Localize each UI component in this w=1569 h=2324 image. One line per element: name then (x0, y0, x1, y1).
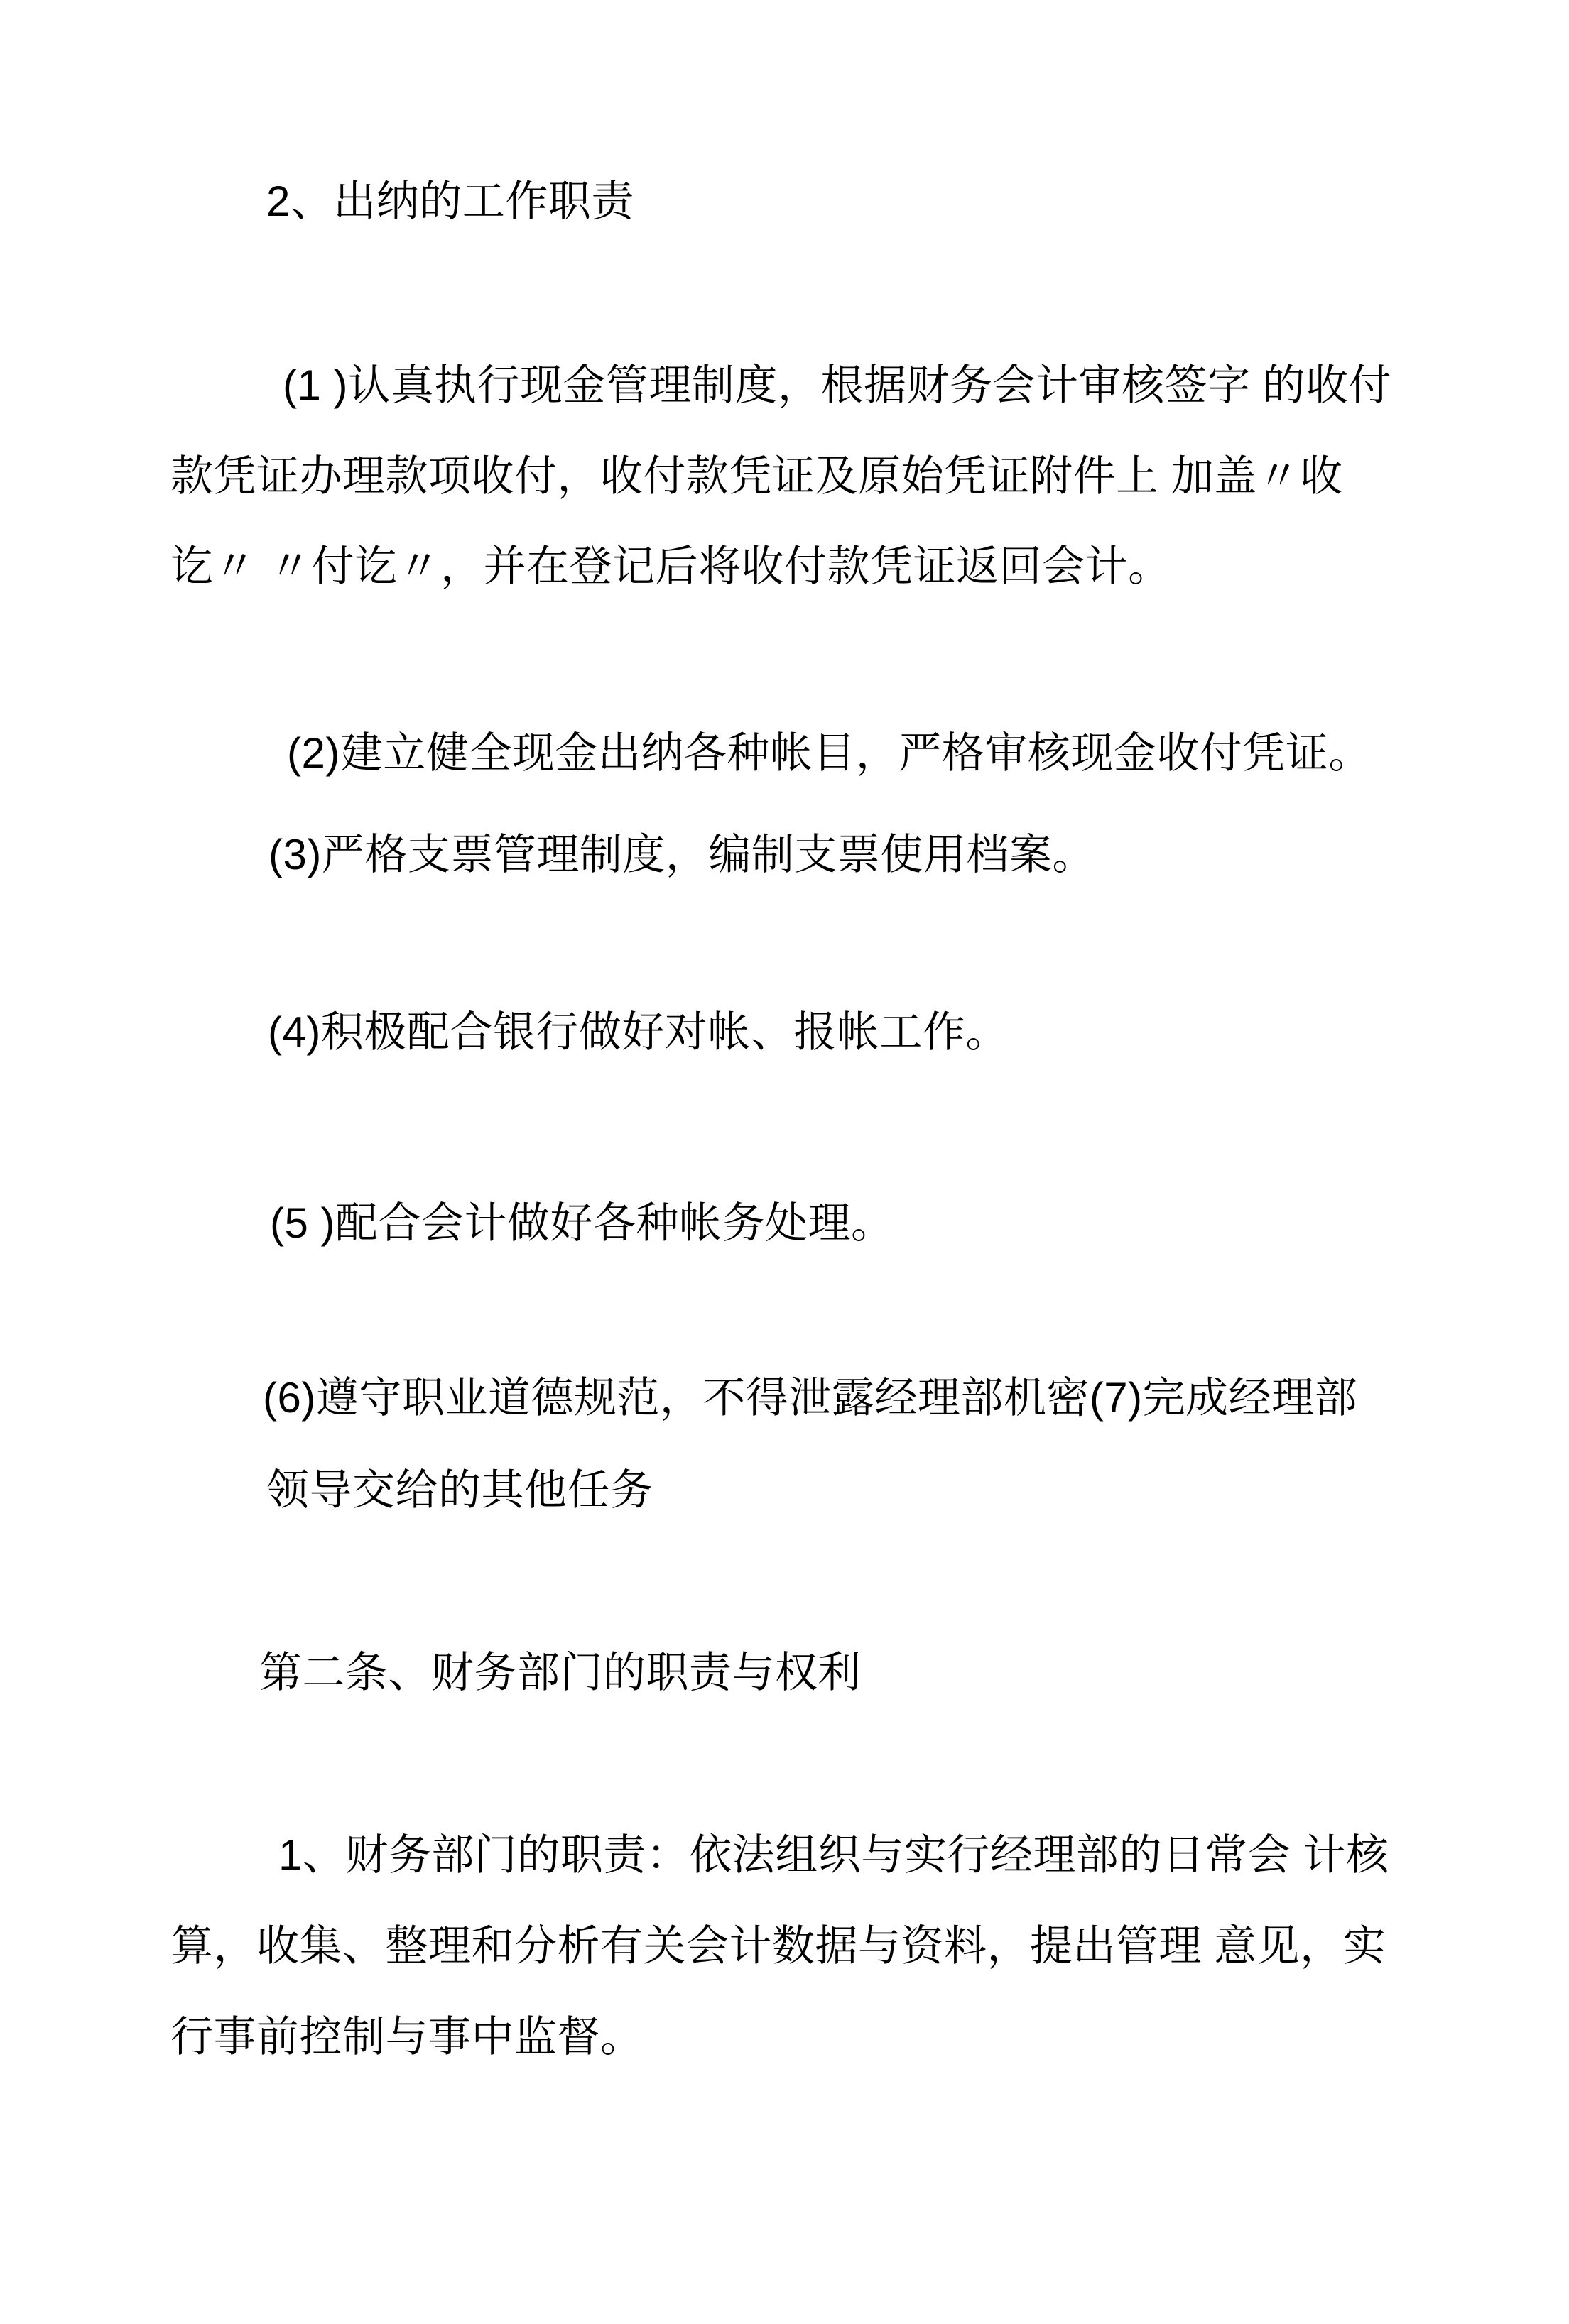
document-page: 2、出纳的工作职责 (1 )认真执行现金管理制度，根据财务会计审核签字 的收付 … (0, 0, 1569, 2324)
para-item-1-line-2: 款凭证办理款项收付，收付款凭证及原始凭证附件上 加盖〃收 (170, 454, 1343, 500)
para-finance-duties-line-3: 行事前控制与事中监督。 (170, 2014, 644, 2061)
para-item-1-line-3: 讫〃 〃付讫〃，并在登记后将收付款凭证返回会计。 (170, 544, 1171, 590)
para-item-4: (4)积极配合银行做好对帐、报帐工作。 (268, 1010, 1009, 1056)
para-item-2: (2)建立健全现金出纳各种帐目，严格审核现金收付凭证。 (287, 731, 1372, 777)
para-finance-duties-line-2: 算，收集、整理和分析有关会计数据与资料，提出管理 意见，实 (170, 1924, 1386, 1970)
para-item-5: (5 )配合会计做好各种帐务处理。 (270, 1201, 894, 1247)
para-finance-duties-line-1: 1、财务部门的职责：依法组织与实行经理部的日常会 计核 (278, 1833, 1389, 1879)
para-item-6-7-line-1: (6)遵守职业道德规范，不得泄露经理部机密(7)完成经理部 (263, 1375, 1357, 1422)
para-item-3: (3)严格支票管理制度，编制支票使用档案。 (268, 832, 1095, 878)
heading-cashier-duties: 2、出纳的工作职责 (266, 179, 634, 225)
heading-article-2: 第二条、财务部门的职责与权利 (259, 1650, 861, 1696)
para-item-1-line-1: (1 )认真执行现金管理制度，根据财务会计审核签字 的收付 (283, 363, 1391, 409)
para-item-6-7-line-2: 领导交给的其他任务 (266, 1468, 653, 1514)
